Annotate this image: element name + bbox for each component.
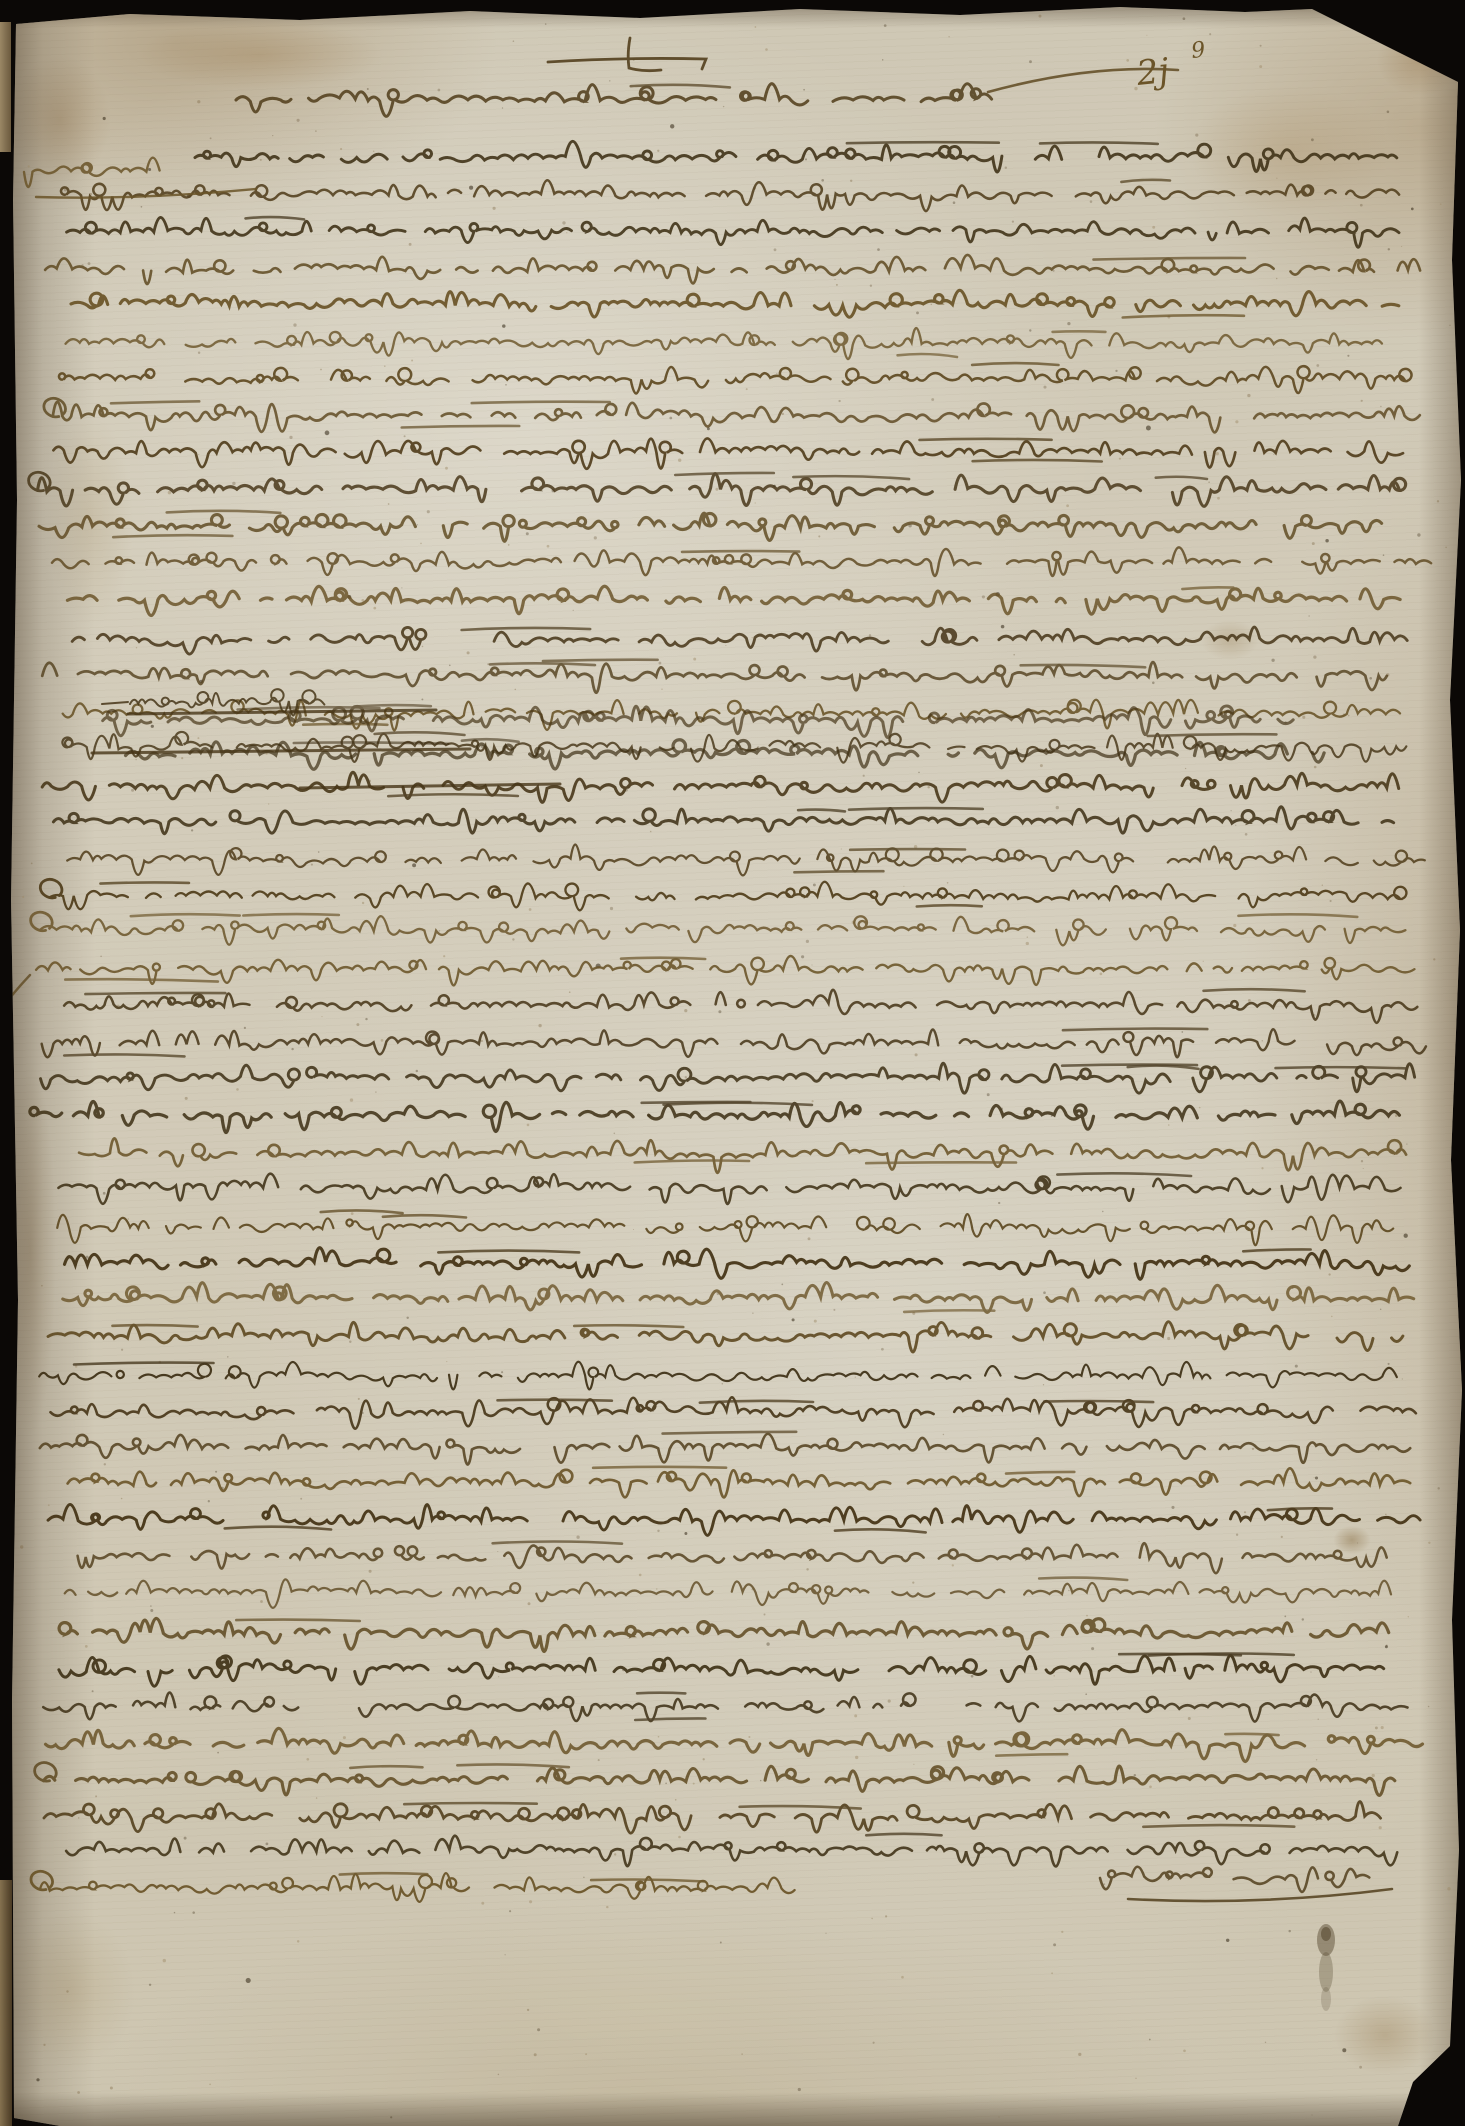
overwritten-line [126, 739, 1325, 769]
body-line [36, 956, 1414, 985]
body-line [44, 1801, 1381, 1833]
signature-flourish [1100, 1867, 1392, 1901]
body-line [43, 1693, 1407, 1722]
body-line [53, 807, 1393, 834]
body-line [40, 879, 1406, 910]
body-line [39, 1362, 1397, 1390]
body-line [195, 141, 1418, 172]
body-line [31, 1871, 795, 1902]
body-line [66, 328, 1382, 359]
body-line [30, 1101, 1400, 1132]
body-line [42, 660, 1387, 693]
body-line [79, 1138, 1406, 1173]
body-line [35, 1763, 1395, 1796]
body-line [67, 586, 1400, 615]
marginalia-group [2, 38, 1392, 2011]
body-line [53, 438, 1403, 468]
body-line [65, 1578, 1391, 1608]
ink-layer: 2j 9 [0, 0, 1465, 2126]
body-line [50, 1397, 1430, 1428]
body-line [66, 1834, 1397, 1867]
handwriting-group [29, 69, 1432, 1902]
body-line [40, 1063, 1414, 1093]
body-line [67, 217, 1399, 247]
body-line [29, 472, 1420, 506]
header-line [236, 84, 992, 117]
body-line [72, 627, 1407, 654]
folio-number: 2j [1134, 51, 1172, 94]
body-line [44, 398, 1420, 432]
body-line [42, 1029, 1426, 1058]
margin-correction-stroke [2, 975, 30, 1008]
adjacent-page-edge-top [0, 22, 11, 152]
body-line [59, 1618, 1389, 1651]
body-line [68, 1467, 1411, 1498]
body-line [78, 1541, 1387, 1573]
body-line [64, 989, 1417, 1023]
parchment-sheet: 2j 9 [0, 0, 1465, 2126]
body-line [52, 547, 1431, 576]
invocation-cross-mark [548, 38, 706, 71]
margin-note [24, 158, 256, 198]
speckles-group [20, 15, 1451, 2119]
body-line [46, 1728, 1423, 1761]
body-line [61, 180, 1399, 211]
body-line [48, 1505, 1420, 1536]
body-line [59, 1654, 1384, 1687]
body-line [58, 1173, 1400, 1204]
strikethrough-mark [300, 784, 560, 788]
ink-smudge [1317, 1924, 1335, 2011]
body-line [57, 1210, 1393, 1245]
body-line [63, 1283, 1414, 1313]
body-line [42, 772, 1398, 802]
body-line [59, 363, 1412, 393]
body-line [40, 1432, 1410, 1465]
adjacent-page-edge-bottom [0, 1880, 12, 2126]
body-line [31, 912, 1406, 945]
body-line [71, 290, 1399, 317]
body-line [39, 511, 1382, 541]
scanned-manuscript-page: 2j 9 [0, 0, 1465, 2126]
body-line [67, 844, 1425, 875]
body-line [48, 1322, 1403, 1352]
body-line [45, 255, 1420, 284]
body-line [65, 1248, 1429, 1280]
folio-number-superscript: 9 [1190, 38, 1207, 64]
